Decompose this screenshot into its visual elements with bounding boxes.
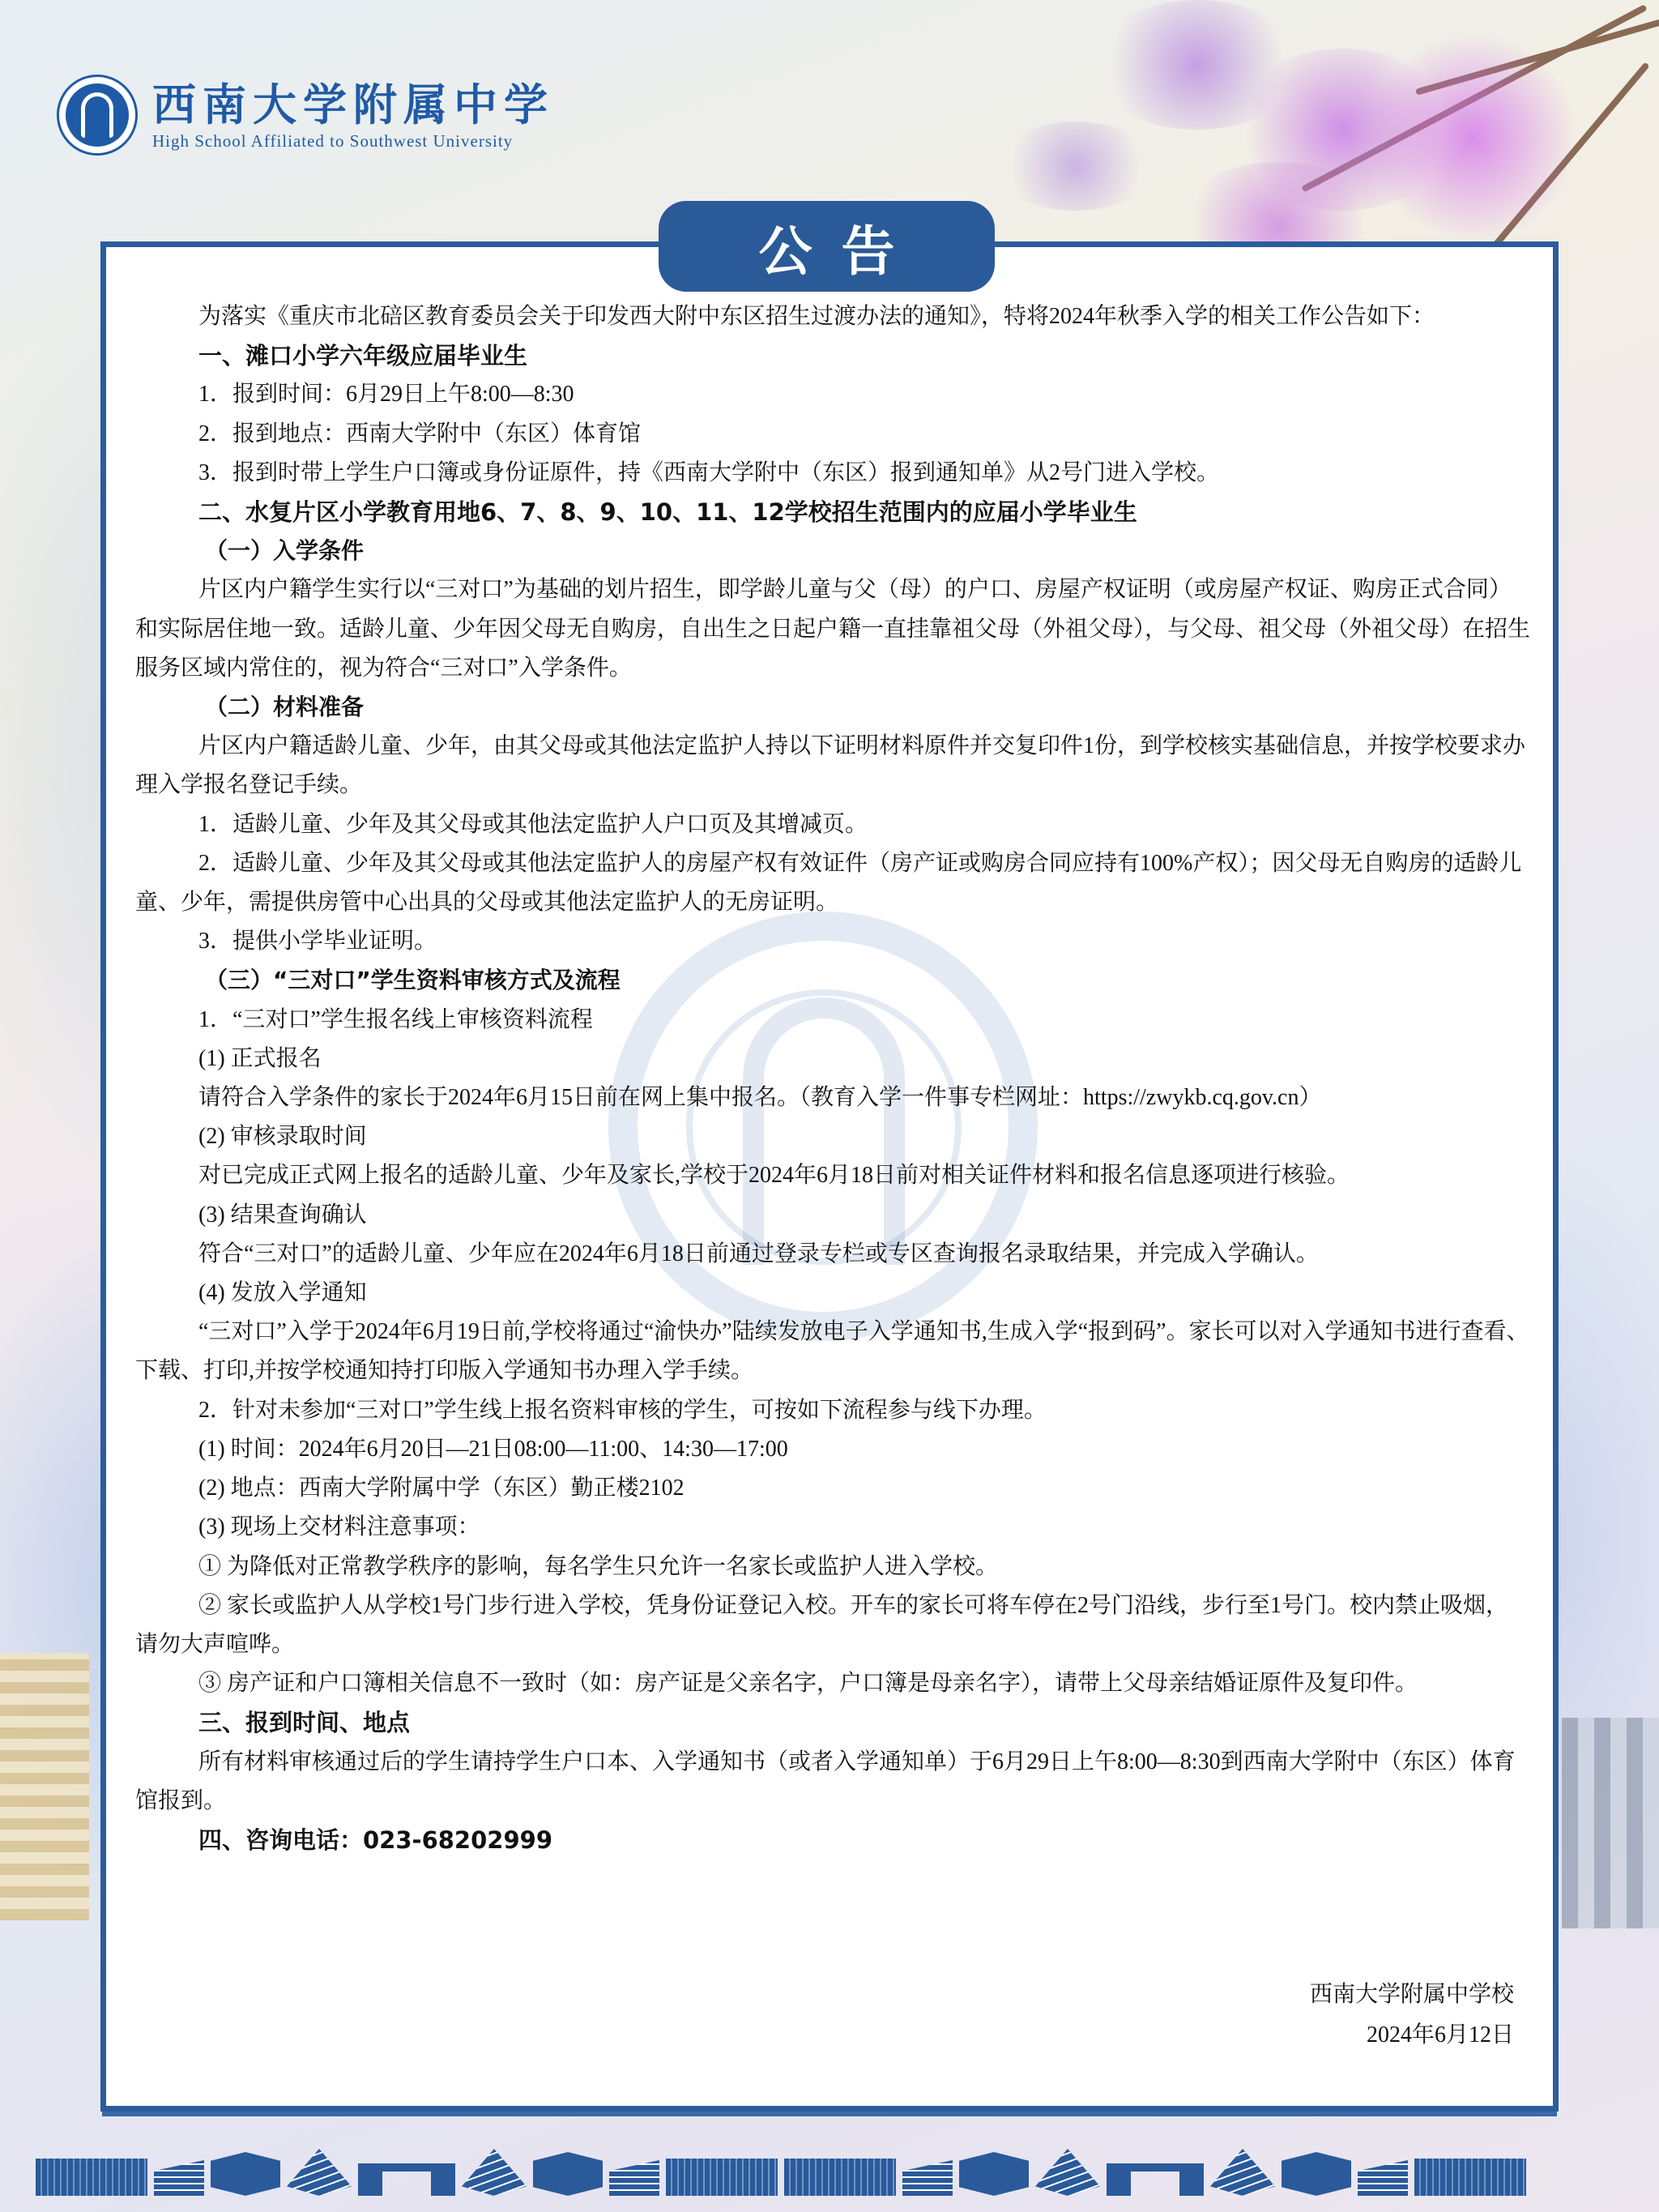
subsection-heading: （二）材料准备 (135, 688, 1530, 727)
building-icon (211, 2152, 280, 2196)
building-icon (609, 2160, 659, 2196)
notice-title-badge: 公告 (659, 201, 995, 292)
list-item: ③ 房产证和户口簿相关信息不一致时（如：房产证是父亲名字，户口簿是母亲名字），请… (135, 1664, 1530, 1703)
step-heading: (4) 发放入学通知 (135, 1274, 1530, 1313)
paragraph: 请符合入学条件的家长于2024年6月15日前在网上集中报名。（教育入学一件事专栏… (135, 1078, 1530, 1117)
list-item: 1．“三对口”学生报名线上审核资料流程 (135, 1001, 1530, 1040)
notice-title: 公告 (759, 208, 924, 285)
building-icon (784, 2159, 896, 2196)
list-item: 2．针对未参加“三对口”学生线上报名资料审核的学生，可按如下流程参与线下办理。 (135, 1391, 1530, 1430)
paragraph: “三对口”入学于2024年6月19日前,学校将通过“渝快办”陆续发放电子入学通知… (135, 1313, 1530, 1390)
section-heading: 二、水复片区小学教育用地6、7、8、9、10、11、12学校招生范围内的应届小学… (135, 493, 1530, 532)
building-icon (462, 2149, 527, 2196)
building-skyline-illustration (36, 2155, 1648, 2196)
list-item: (1) 时间：2024年6月20日—21日08:00—11:00、14:30—1… (135, 1430, 1530, 1469)
building-icon (666, 2159, 778, 2196)
list-item: 1．报到时间：6月29日上午8:00—8:30 (135, 375, 1530, 414)
notice-panel: 为落实《重庆市北碚区教育委员会关于印发西大附中东区招生过渡办法的通知》，特将20… (100, 241, 1559, 2112)
step-heading: (1) 正式报名 (135, 1040, 1530, 1078)
issue-date: 2024年6月12日 (1310, 2015, 1514, 2056)
building-icon (1035, 2149, 1100, 2196)
list-item: (3) 现场上交材料注意事项： (135, 1508, 1530, 1547)
list-item: 2．报到地点：西南大学附中（东区）体育馆 (135, 415, 1530, 454)
school-seal-icon (57, 75, 138, 156)
subsection-heading: （三）“三对口”学生资料审核方式及流程 (135, 961, 1530, 1000)
subsection-heading: （一）入学条件 (135, 532, 1530, 570)
building-icon (154, 2160, 204, 2196)
building-icon (533, 2152, 603, 2196)
list-item: 3．报到时带上学生户口簿或身份证原件，持《西南大学附中（东区）报到通知单》从2号… (135, 454, 1530, 493)
list-item: 2．适龄儿童、少年及其父母或其他法定监护人的房屋产权有效证件（房产证或购房合同应… (135, 844, 1530, 922)
notice-body: 为落实《重庆市北碚区教育委员会关于印发西大附中东区招生过渡办法的通知》，特将20… (135, 297, 1530, 1860)
signature-block: 西南大学附属中学校 2024年6月12日 (1310, 1975, 1514, 2056)
building-icon (1358, 2160, 1408, 2196)
building-icon (959, 2152, 1029, 2196)
blossom-branch-illustration (962, 0, 1659, 267)
list-item: ① 为降低对正常教学秩序的影响，每名学生只允许一名家长或监护人进入学校。 (135, 1548, 1530, 1586)
paragraph: 符合“三对口”的适龄儿童、少年应在2024年6月18日前通过登录专栏或专区查询报… (135, 1235, 1530, 1274)
building-icon (1414, 2159, 1526, 2196)
building-icon (902, 2160, 953, 2196)
contact-phone-heading: 四、咨询电话：023-68202999 (135, 1821, 1530, 1860)
list-item: 3．提供小学毕业证明。 (135, 922, 1530, 961)
list-item: 1．适龄儿童、少年及其父母或其他法定监护人户口页及其增减页。 (135, 805, 1530, 844)
step-heading: (3) 结果查询确认 (135, 1196, 1530, 1235)
school-brand: 西南大学附属中学 High School Affiliated to South… (57, 75, 554, 156)
school-name-cn: 西南大学附属中学 (152, 79, 554, 130)
paragraph: 对已完成正式网上报名的适龄儿童、少年及家长,学校于2024年6月18日前对相关证… (135, 1156, 1530, 1195)
building-icon (1107, 2163, 1204, 2196)
building-icon (1210, 2149, 1275, 2196)
building-illustration-left (0, 1653, 89, 1920)
building-icon (358, 2163, 455, 2196)
intro-paragraph: 为落实《重庆市北碚区教育委员会关于印发西大附中东区招生过渡办法的通知》，特将20… (135, 297, 1530, 336)
building-icon (1282, 2152, 1351, 2196)
building-icon (36, 2159, 147, 2196)
list-item: (2) 地点：西南大学附属中学（东区）勤正楼2102 (135, 1469, 1530, 1508)
paragraph: 片区内户籍学生实行以“三对口”为基础的划片招生，即学龄儿童与父（母）的户口、房屋… (135, 570, 1530, 688)
paragraph: 所有材料审核通过后的学生请持学生户口本、入学通知书（或者入学通知单）于6月29日… (135, 1743, 1530, 1821)
building-icon (287, 2149, 352, 2196)
paragraph: 片区内户籍适龄儿童、少年，由其父母或其他法定监护人持以下证明材料原件并交复印件1… (135, 727, 1530, 805)
section-heading: 一、滩口小学六年级应届毕业生 (135, 336, 1530, 375)
school-name-en: High School Affiliated to Southwest Univ… (152, 131, 554, 152)
section-heading: 三、报到时间、地点 (135, 1703, 1530, 1742)
building-illustration-right (1562, 1718, 1659, 1928)
issuer-name: 西南大学附属中学校 (1310, 1975, 1514, 2015)
step-heading: (2) 审核录取时间 (135, 1117, 1530, 1156)
list-item: ② 家长或监护人从学校1号门步行进入学校，凭身份证登记入校。开车的家长可将车停在… (135, 1586, 1530, 1664)
